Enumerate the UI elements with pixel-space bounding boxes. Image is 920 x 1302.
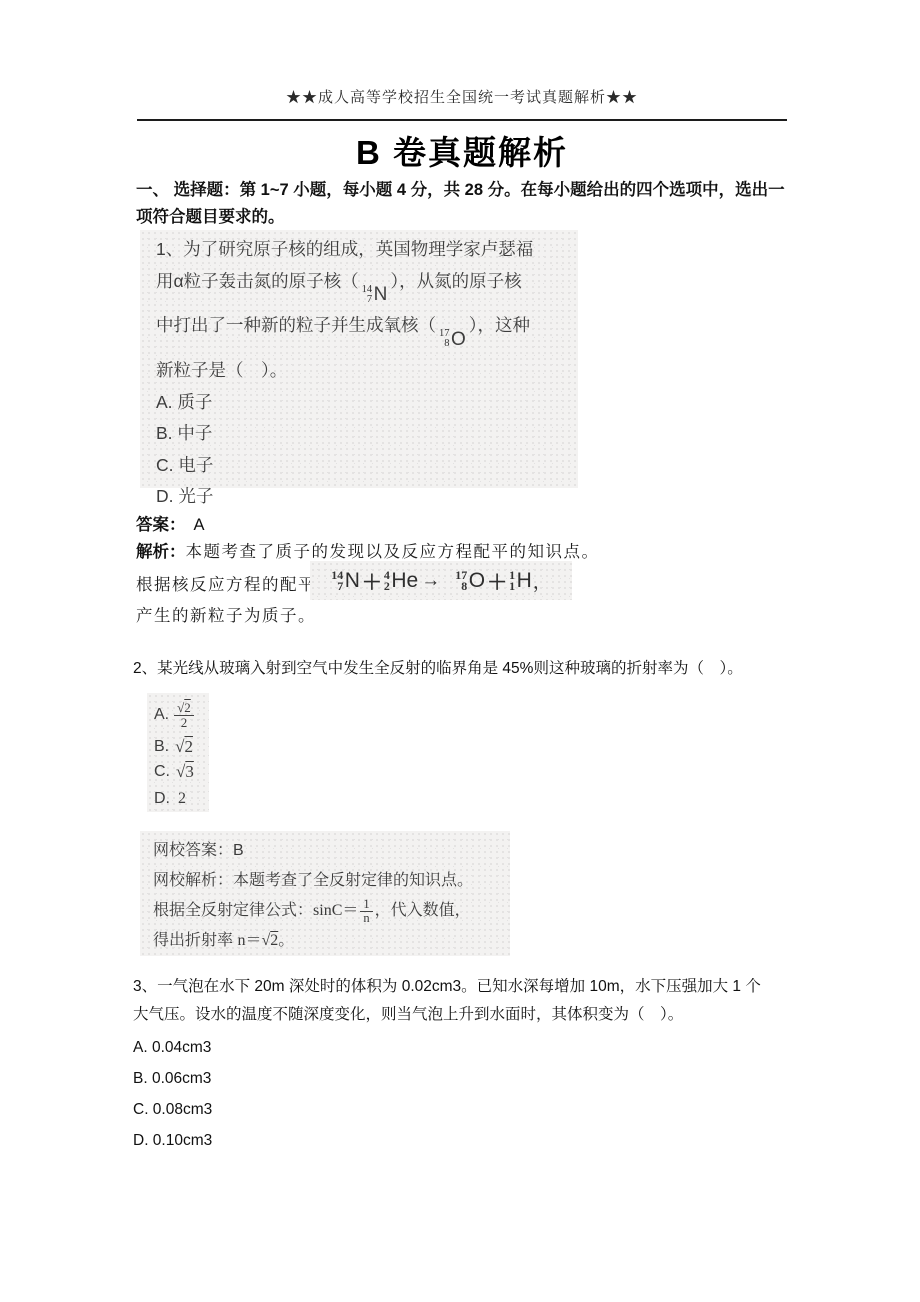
nuclear-equation-image: 147N ＋ 42He → 178O ＋ 11H ， [310, 561, 572, 600]
q3-option-a: A. 0.04cm3 [133, 1039, 211, 1070]
eq-hydrogen: 11H [509, 569, 532, 593]
section-intro-line1: 一、 选择题：第 1~7 小题，每小题 4 分，共 28 分。在每小题给出的四个… [136, 177, 806, 204]
n-equals-sqrt2: n＝√2 [237, 932, 278, 949]
q2-option-b: B. √2 [154, 735, 209, 760]
q3-stem-line1: 3、一气泡在水下 20m 深处时的体积为 0.02cm3。已知水深每增加 10m… [133, 973, 761, 1001]
q1-option-c: C. 电子 [156, 450, 578, 482]
wangxiao-answer-line: 网校答案：B [153, 836, 510, 866]
divider-rule [137, 119, 787, 121]
q1-analysis-line: 解析：本题考查了质子的发现以及反应方程配平的知识点。 [136, 538, 600, 562]
balance-post-text: 产生的新粒子为质子。 [136, 602, 316, 626]
answer-label: 答案： [136, 516, 186, 534]
q1-stem-line1: 1、为了研究原子核的组成，英国物理学家卢瑟福 [156, 234, 578, 266]
section-intro-line2: 项符合题目要求的。 [136, 204, 806, 231]
eq-oxygen: 178O [455, 569, 485, 593]
q1-option-a: A. 质子 [156, 387, 578, 419]
q3-option-b: B. 0.06cm3 [133, 1070, 211, 1101]
nuclide-nitrogen-14: 147N [362, 279, 388, 311]
analysis-label: 解析： [136, 543, 186, 561]
section-intro: 一、 选择题：第 1~7 小题，每小题 4 分，共 28 分。在每小题给出的四个… [136, 177, 806, 231]
q2-options-screenshot: A. √2 2 B. √2 C. √3 D. 2 [147, 693, 209, 812]
q2-option-c: C. √3 [154, 759, 209, 785]
q3-option-c: C. 0.08cm3 [133, 1101, 212, 1132]
eq-helium: 42He [384, 569, 418, 593]
nuclide-oxygen-17: 178O [439, 324, 466, 356]
q2-option-a: A. √2 2 [154, 696, 209, 735]
law-formula-line: 根据全反射定律公式：sinC＝1n，代入数值， [153, 896, 510, 926]
plus-sign: ＋ [487, 566, 507, 595]
page-title: B 卷真题解析 [137, 127, 787, 174]
analysis-text: 本题考查了质子的发现以及反应方程配平的知识点。 [186, 542, 600, 561]
sqrt-2: √2 [175, 737, 193, 757]
wangxiao-analysis-line: 网校解析：本题考查了全反射定律的知识点。 [153, 866, 510, 896]
q1-stem-line4: 新粒子是（ ）。 [156, 355, 578, 387]
q1-answer-line: 答案：A [136, 511, 205, 535]
q2-analysis-screenshot: 网校答案：B 网校解析：本题考查了全反射定律的知识点。 根据全反射定律公式：si… [140, 831, 510, 956]
document-page: ★★成人高等学校招生全国统一考试真题解析★★ B 卷真题解析 一、 选择题：第 … [0, 0, 920, 1302]
q2-option-d: D. 2 [154, 786, 209, 812]
q2-stem: 2、某光线从玻璃入射到空气中发生全反射的临界角是 45%则这种玻璃的折射率为（ … [133, 656, 743, 678]
eq-comma: ， [533, 567, 552, 594]
result-line: 得出折射率 n＝√2。 [153, 926, 510, 956]
sinC-expression: sinC＝ [313, 896, 358, 926]
option-a-fraction: √2 2 [174, 701, 194, 730]
q3-option-d: D. 0.10cm3 [133, 1132, 212, 1163]
plus-sign: ＋ [362, 566, 382, 595]
q1-option-b: B. 中子 [156, 418, 578, 450]
q3-stem: 3、一气泡在水下 20m 深处时的体积为 0.02cm3。已知水深每增加 10m… [133, 973, 761, 1029]
answer-value: A [194, 516, 205, 534]
one-over-n-fraction: 1n [360, 898, 372, 925]
q1-screenshot: 1、为了研究原子核的组成，英国物理学家卢瑟福 用α粒子轰击氮的原子核（147N）… [140, 230, 578, 488]
balance-pre-text: 根据核反应方程的配平 [136, 571, 316, 595]
q3-stem-line2: 大气压。设水的温度不随深度变化，则当气泡上升到水面时，其体积变为（ ）。 [133, 1001, 761, 1029]
q1-stem-line2: 用α粒子轰击氮的原子核（147N），从氮的原子核 [156, 266, 578, 311]
eq-nitrogen: 147N [331, 569, 360, 593]
q1-stem-line3: 中打出了一种新的粒子并生成氧核（178O），这种 [156, 310, 578, 355]
reaction-arrow-icon: → [421, 570, 440, 592]
page-header: ★★成人高等学校招生全国统一考试真题解析★★ [137, 86, 787, 107]
sqrt-3: √3 [176, 762, 194, 782]
q1-option-d: D. 光子 [156, 481, 578, 513]
